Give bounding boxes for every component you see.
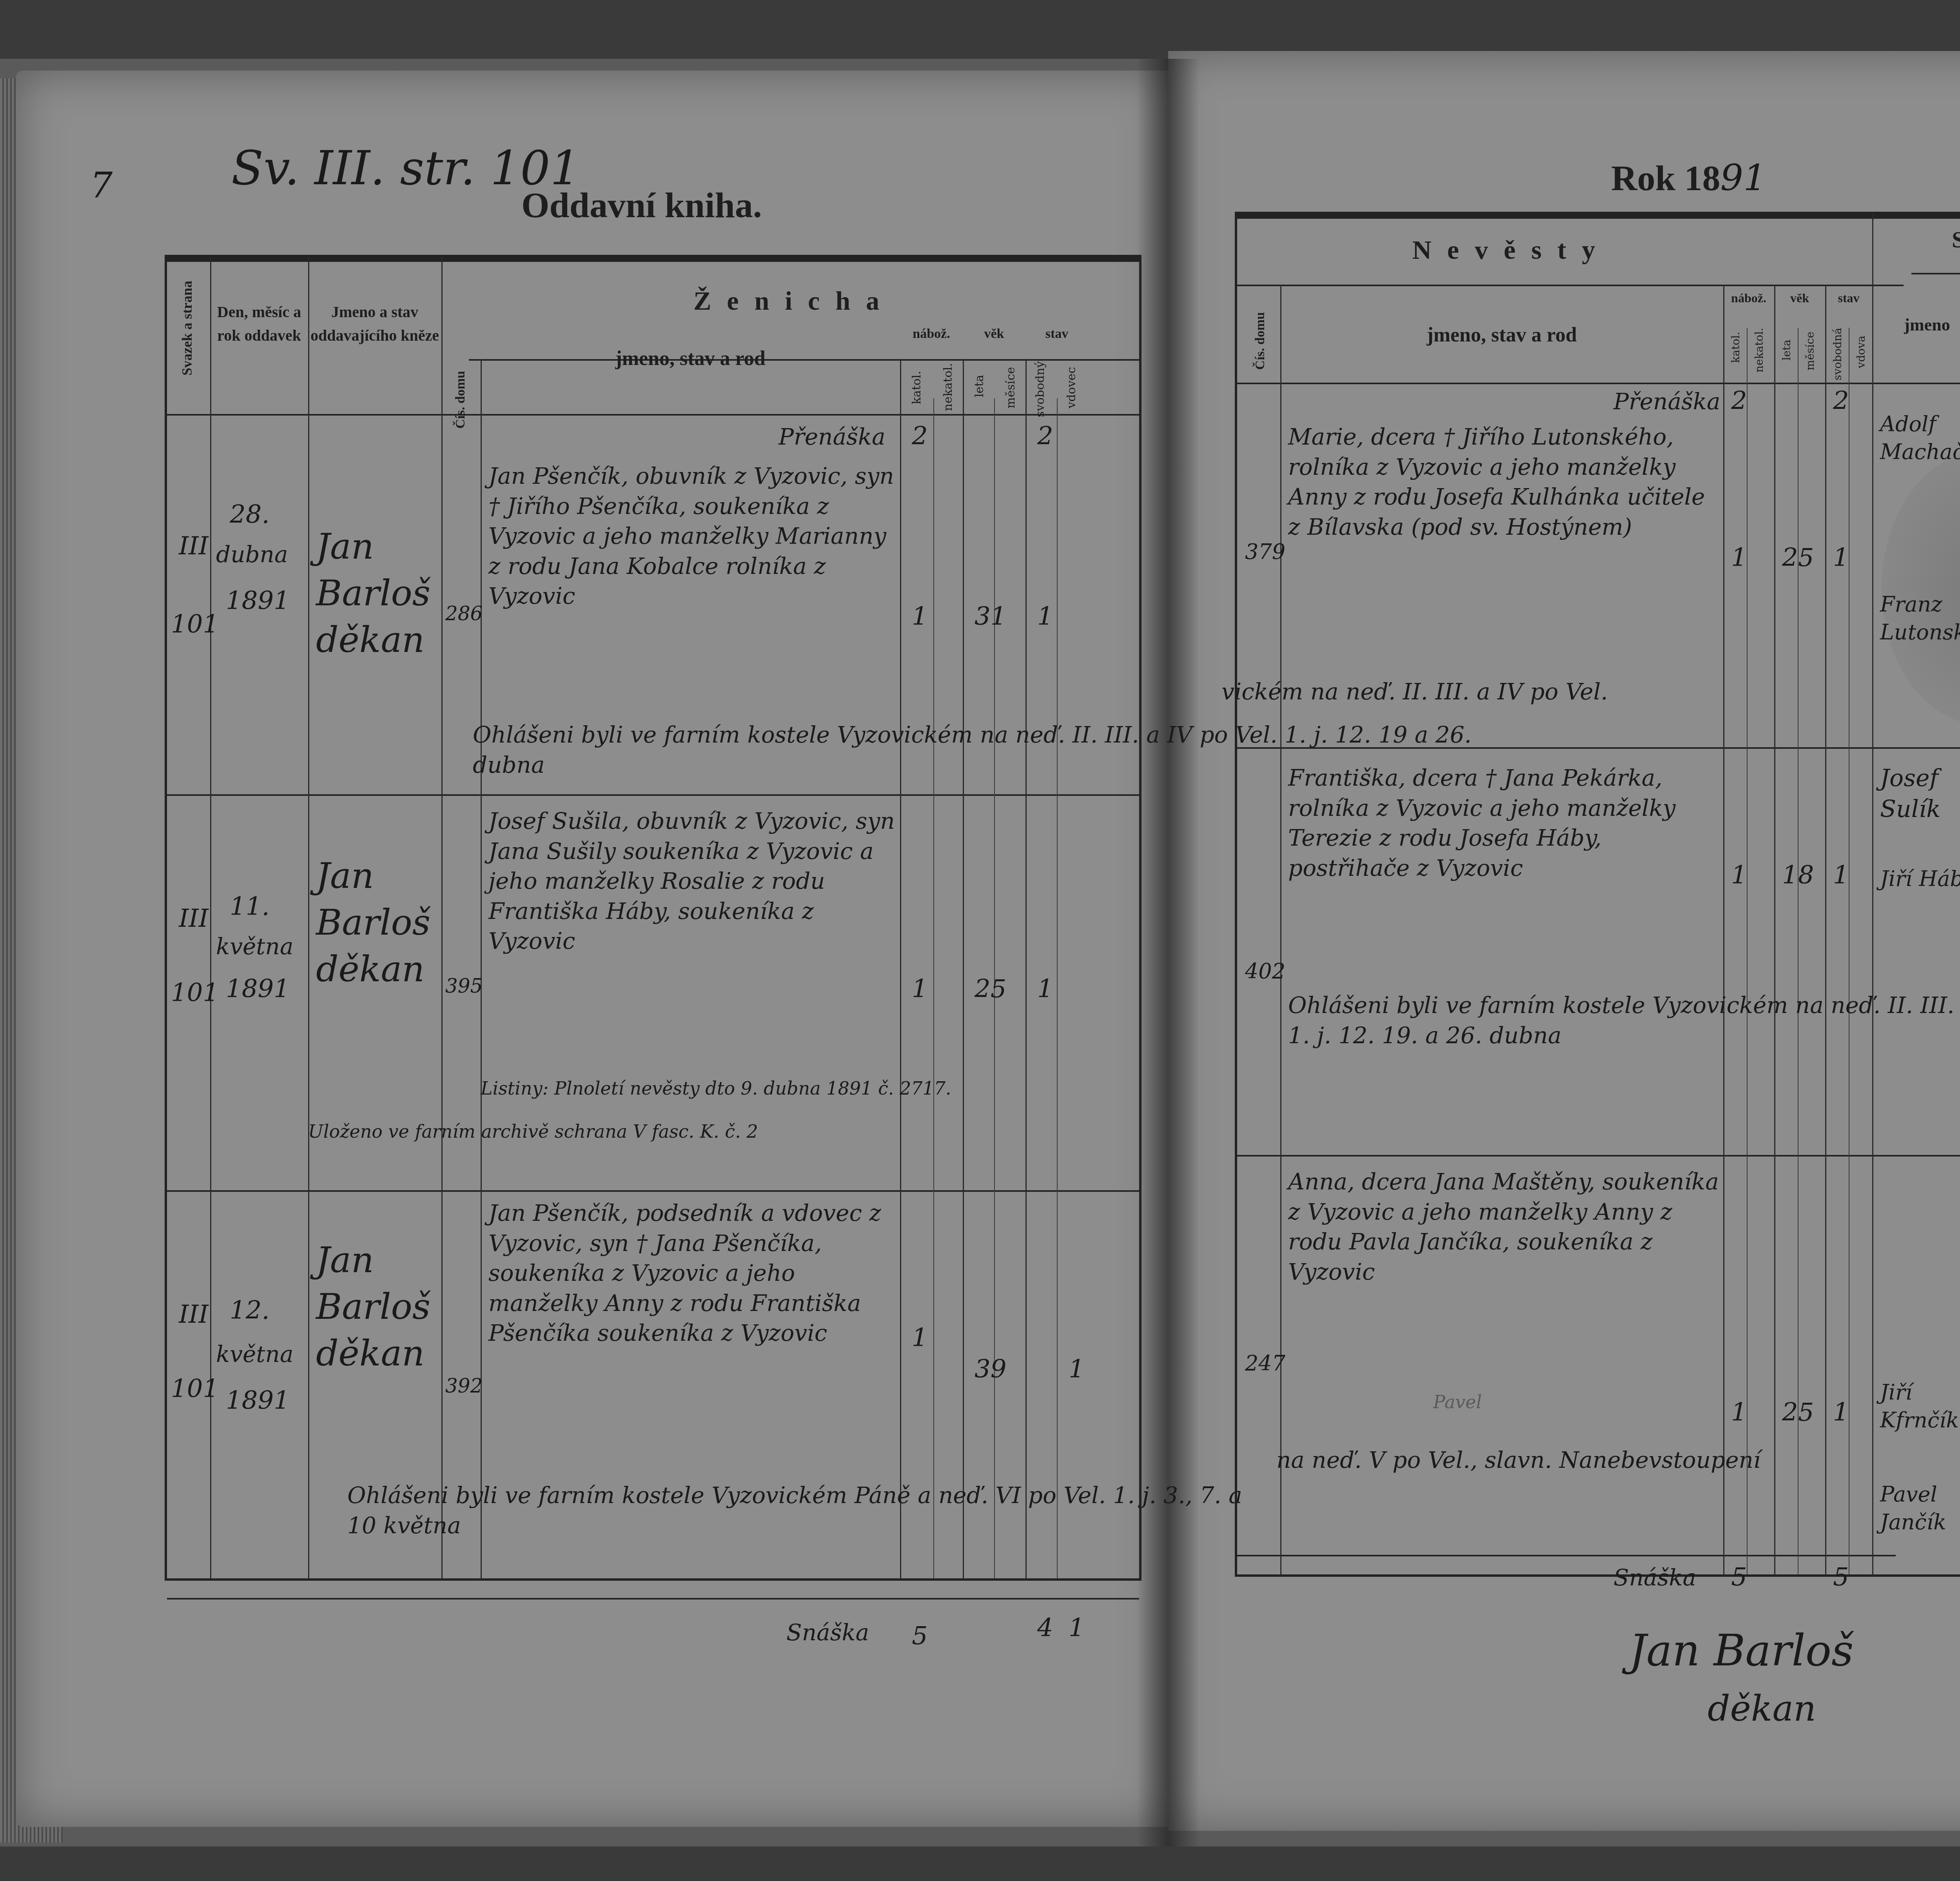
row-divider: [1237, 747, 1960, 749]
totals-svobodna: 5: [1833, 1563, 1849, 1592]
witness-name: Josef Sulík: [1880, 763, 1960, 825]
date-month: května: [216, 931, 293, 962]
totals-katol: 5: [912, 1621, 928, 1650]
age-years: 25: [1782, 1398, 1814, 1427]
katol-value: 1: [1731, 861, 1747, 890]
katol-value: 1: [912, 1324, 928, 1353]
vdovec-value: 1: [1069, 1355, 1085, 1384]
witness-name: Jiří Hába: [1880, 865, 1960, 893]
col-divider: [1723, 285, 1724, 1574]
house-number: 286: [445, 602, 483, 625]
header-name: jmeno, stav a rod: [485, 343, 896, 374]
banns-note: na neď. V po Vel., slavn. Nanebevstoupen…: [1276, 1445, 1864, 1475]
header-bottom-rule: [1237, 383, 1960, 384]
witness-name: Franz Lutonský: [1880, 590, 1960, 646]
header-age: věk: [1774, 289, 1825, 307]
header-svobodny: svobodný: [1033, 361, 1047, 417]
date-day: 28.: [230, 500, 270, 529]
col-divider: [1025, 359, 1027, 1578]
katol-value: 1: [912, 602, 928, 631]
svazek-value: III: [179, 904, 209, 933]
svazek-value: III: [179, 1300, 209, 1329]
folio-mark: 7: [90, 165, 113, 206]
year-prefix: Rok 18: [1611, 158, 1720, 198]
priest-signature-name: Jan Barloš: [1629, 1625, 1853, 1676]
carry-over-label: Přenáška: [779, 422, 886, 452]
date-day: 12.: [230, 1296, 270, 1325]
book-gutter: [1137, 59, 1200, 1847]
totals-vdovec: 1: [1069, 1614, 1085, 1643]
header-house-no: Čís. domu: [453, 371, 468, 428]
carry-over-katol: 2: [1731, 387, 1747, 416]
witness-name: Jiří Kfrnčík: [1880, 1378, 1960, 1434]
katol-value: 1: [1731, 543, 1747, 572]
header-svazek: Svazek a strana: [179, 281, 195, 376]
header-bottom-rule: [167, 414, 1139, 416]
witness-name: Pavel Jančík: [1880, 1480, 1960, 1536]
header-vdova: vdova: [1855, 336, 1867, 368]
priest-signature: Jan Barloš děkan: [316, 524, 434, 663]
house-number: 379: [1245, 539, 1285, 564]
carry-over-svobodna: 2: [1833, 387, 1849, 416]
date-year: 1891: [226, 1386, 290, 1415]
row-divider: [167, 794, 1139, 796]
groom-details: Jan Pšenčík, obuvník z Vyzovic, syn † Ji…: [488, 461, 896, 611]
year-handwritten: 91: [1720, 157, 1766, 199]
bride-details: Marie, dcera † Jiřího Lutonského, rolník…: [1288, 422, 1719, 542]
house-number: 395: [445, 975, 483, 997]
priest-signature: Jan Barloš děkan: [316, 853, 434, 993]
header-katol: katol.: [910, 371, 924, 404]
row-divider: [1237, 1155, 1960, 1157]
header-date: Den, měsíc a rok oddavek: [212, 300, 306, 347]
totals-katol: 5: [1731, 1563, 1747, 1592]
strana-value: 101: [171, 610, 219, 639]
faint-pencil-note: Pavel: [1433, 1390, 1482, 1414]
totals-rule: [167, 1598, 1139, 1600]
date-month: dubna: [216, 539, 288, 570]
katol-value: 1: [1731, 1398, 1747, 1427]
col-divider: [1825, 285, 1826, 1574]
groom-table: Svazek a strana Den, měsíc a rok oddavek…: [165, 255, 1142, 1581]
page-title-left: Oddavní kniha.: [521, 184, 762, 226]
date-year: 1891: [226, 586, 290, 616]
col-divider: [308, 257, 309, 1578]
bride-subheader-rule: [1237, 285, 1904, 286]
header-groom-group: Ženicha: [481, 281, 1108, 321]
header-name: jmeno, stav a rod: [1284, 320, 1719, 350]
table-top-rule: [167, 257, 1139, 262]
totals-label: Snáška: [786, 1618, 869, 1648]
header-status: stav: [1825, 289, 1872, 307]
col-divider: [1798, 328, 1798, 1574]
age-years: 25: [975, 975, 1006, 1004]
carry-over-label: Přenáška: [1613, 387, 1720, 417]
priest-signature-title: děkan: [1708, 1688, 1816, 1729]
col-divider: [1774, 285, 1775, 1574]
header-mesice: měsíce: [1004, 367, 1018, 409]
totals-rule: [1237, 1555, 1896, 1556]
witness-subheader-rule: [1911, 273, 1960, 274]
header-leta: leta: [1780, 340, 1793, 360]
date-month: května: [216, 1339, 293, 1369]
page-title-right: Rok 1891: [1611, 157, 1766, 199]
house-number: 392: [445, 1374, 483, 1397]
totals-svobodny: 4: [1037, 1614, 1053, 1643]
svazek-value: III: [179, 532, 209, 561]
header-svobodna: svobodná: [1831, 328, 1844, 380]
carry-over-katol: 2: [912, 422, 928, 451]
header-nekatol: nekatol.: [941, 363, 955, 411]
col-divider: [1747, 328, 1748, 1574]
col-divider: [1057, 398, 1058, 1578]
date-year: 1891: [226, 975, 290, 1004]
age-years: 25: [1782, 543, 1814, 572]
header-witness-group: Svědkův: [1880, 222, 1960, 257]
age-years: 18: [1782, 861, 1814, 890]
col-divider: [1872, 214, 1873, 1574]
date-day: 11.: [230, 892, 270, 921]
header-bride-group: Nevěsty: [1276, 230, 1747, 270]
header-age: věk: [963, 324, 1025, 344]
priest-signature: Jan Barloš děkan: [316, 1237, 434, 1377]
header-vdovec: vdovec: [1065, 367, 1078, 409]
table-top-rule: [1237, 214, 1960, 219]
col-divider: [441, 257, 443, 1578]
house-number: 402: [1245, 959, 1285, 984]
col-divider: [900, 359, 901, 1578]
age-years: 39: [975, 1355, 1006, 1384]
header-religion: nábož.: [900, 324, 963, 344]
totals-label: Snáška: [1613, 1563, 1696, 1593]
row-divider: [167, 1190, 1139, 1192]
svobodna-value: 1: [1833, 1398, 1849, 1427]
header-house-no: Čís. domu: [1253, 312, 1268, 370]
header-witness-name: jmeno: [1872, 312, 1960, 338]
age-years: 31: [975, 602, 1006, 631]
banns-note: vickém na neď. II. III. a IV po Vel.: [1221, 677, 1770, 707]
groom-details: Josef Sušila, obuvník z Vyzovic, syn Jan…: [488, 806, 896, 956]
strana-value: 101: [171, 1374, 219, 1403]
documents-note: Listiny: Plnoletí nevěsty dto 9. dubna 1…: [481, 1077, 1225, 1100]
header-leta: leta: [973, 375, 986, 397]
col-divider: [1280, 285, 1281, 1574]
header-nekatol: nekatol.: [1753, 328, 1766, 372]
strana-value: 101: [171, 979, 219, 1008]
witness-name: Adolf Machaček: [1880, 410, 1960, 466]
banns-note: Ohlášeni byli ve farním kostele Vyzovick…: [347, 1480, 1249, 1540]
svobodny-value: 1: [1037, 975, 1053, 1004]
katol-value: 1: [912, 975, 928, 1004]
svobodna-value: 1: [1833, 861, 1849, 890]
header-priest: Jmeno a stav oddavajícího kněze: [310, 300, 439, 347]
svobodna-value: 1: [1833, 543, 1849, 572]
header-status: stav: [1025, 324, 1088, 344]
col-divider: [1849, 328, 1849, 1574]
archive-note: Uloženo ve farním archivě schrana V fasc…: [308, 1120, 1092, 1144]
svobodny-value: 1: [1037, 602, 1053, 631]
banns-note: Ohlášeni byli ve farním kostele Vyzovick…: [1288, 990, 1960, 1050]
carry-over-svobodny: 2: [1037, 422, 1053, 451]
header-mesice: měsíce: [1804, 332, 1817, 370]
header-katol: katol.: [1729, 332, 1742, 363]
groom-details: Jan Pšenčík, podsedník a vdovec z Vyzovi…: [488, 1198, 896, 1348]
bride-witness-table: Nevěsty Svědkův Čís. domu jmeno, stav a …: [1235, 212, 1960, 1577]
col-divider: [963, 359, 964, 1578]
header-religion: nábož.: [1723, 289, 1774, 307]
bride-details: Františka, dcera † Jana Pekárka, rolníka…: [1288, 763, 1719, 883]
col-divider: [933, 398, 934, 1578]
bride-details: Anna, dcera Jana Maštěny, soukeníka z Vy…: [1288, 1167, 1719, 1287]
house-number: 247: [1245, 1351, 1285, 1376]
